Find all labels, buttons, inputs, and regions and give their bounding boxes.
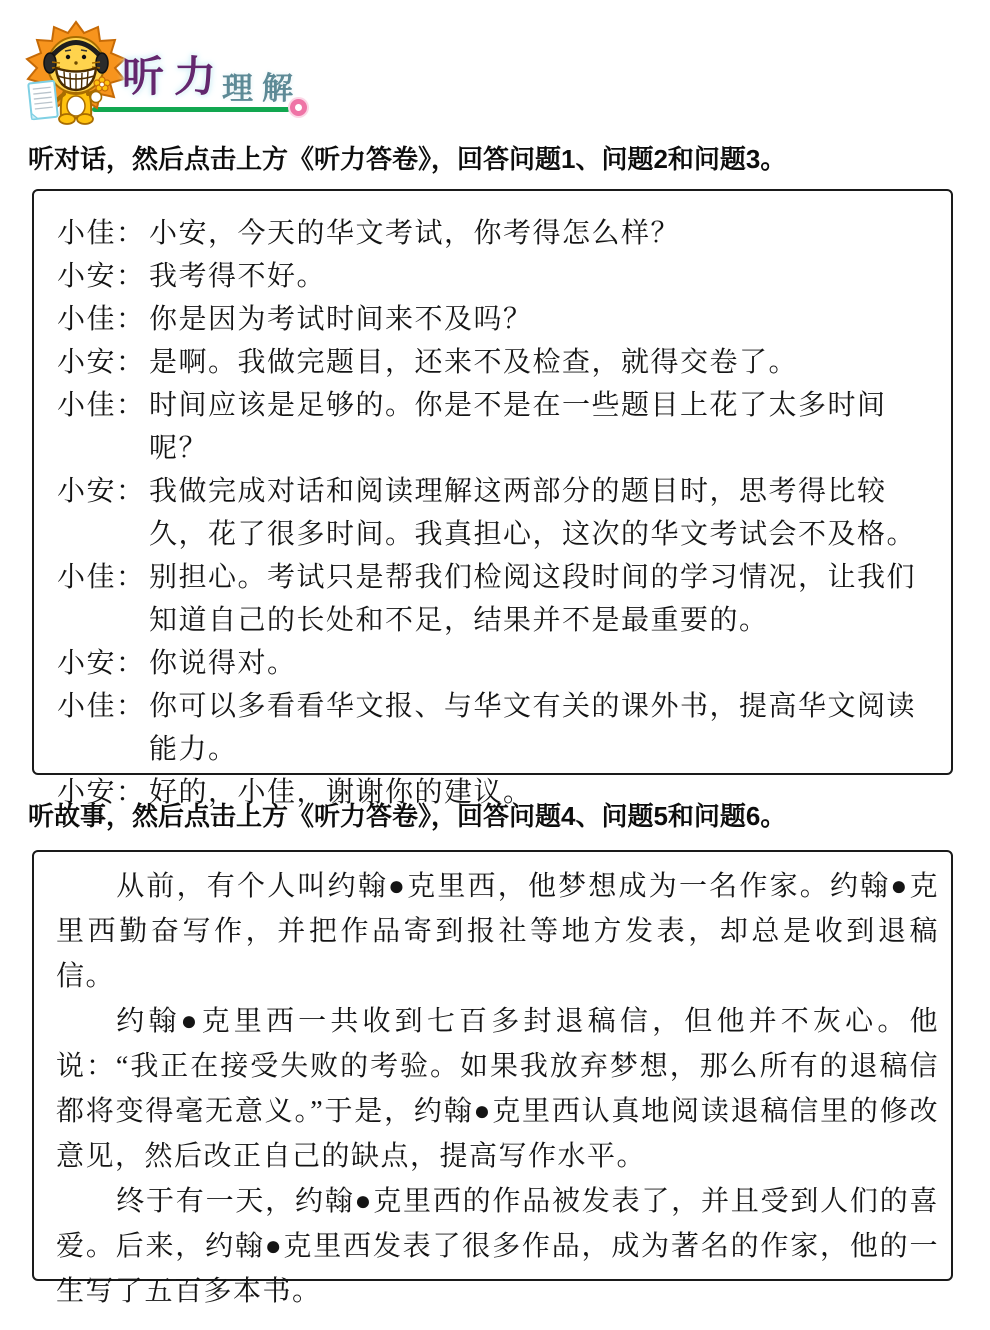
dialogue-row: 小安：我考得不好。 [57, 255, 943, 298]
dialogue-row: 小佳：你可以多看看华文报、与华文有关的课外书，提高华文阅读能力。 [57, 685, 943, 771]
speaker-label: 小安： [57, 642, 149, 685]
page-title-sub: 理解 [222, 74, 302, 105]
dialogue-text: 你是因为考试时间来不及吗？ [149, 298, 943, 341]
listening-comprehension-page: 听力 理解 听对话，然后点击上方《听力答卷》，回答问题1、问题2和问题3。 小佳… [0, 0, 990, 1330]
dialogue-text: 你可以多看看华文报、与华文有关的课外书，提高华文阅读能力。 [149, 685, 943, 771]
speaker-label: 小佳： [57, 556, 149, 599]
story-panel: 从前，有个人叫约翰●克里西，他梦想成为一名作家。约翰●克里西勤奋写作，并把作品寄… [32, 850, 953, 1281]
speaker-label: 小安： [57, 255, 149, 298]
dialogue-text: 你说得对。 [149, 642, 943, 685]
story-paragraphs: 从前，有个人叫约翰●克里西，他梦想成为一名作家。约翰●克里西勤奋写作，并把作品寄… [56, 864, 939, 1314]
page-title-main: 听力 [122, 56, 226, 98]
dialogue-text: 时间应该是足够的。你是不是在一些题目上花了太多时间呢？ [149, 384, 943, 470]
sun-lion-headphones-mascot-icon [24, 20, 128, 126]
speaker-label: 小佳： [57, 212, 149, 255]
dialogue-row: 小佳：时间应该是足够的。你是不是在一些题目上花了太多时间呢？ [57, 384, 943, 470]
speaker-label: 小佳： [57, 384, 149, 427]
story-paragraph: 终于有一天，约翰●克里西的作品被发表了，并且受到人们的喜爱。后来，约翰●克里西发… [56, 1179, 939, 1314]
story-paragraph: 约翰●克里西一共收到七百多封退稿信，但他并不灰心。他说：“我正在接受失败的考验。… [56, 999, 939, 1179]
dialogue-panel: 小佳：小安，今天的华文考试，你考得怎么样？小安：我考得不好。小佳：你是因为考试时… [32, 189, 953, 775]
dialogue-list: 小佳：小安，今天的华文考试，你考得怎么样？小安：我考得不好。小佳：你是因为考试时… [57, 212, 943, 814]
dialogue-row: 小佳：别担心。考试只是帮我们检阅这段时间的学习情况，让我们知道自己的长处和不足，… [57, 556, 943, 642]
dialogue-text: 我考得不好。 [149, 255, 943, 298]
dialogue-text: 我做完成对话和阅读理解这两部分的题目时，思考得比较久，花了很多时间。我真担心，这… [149, 470, 943, 556]
dialogue-row: 小佳：小安，今天的华文考试，你考得怎么样？ [57, 212, 943, 255]
dialogue-row: 小佳：你是因为考试时间来不及吗？ [57, 298, 943, 341]
speaker-label: 小佳： [57, 298, 149, 341]
page-header: 听力 理解 [0, 0, 990, 128]
dialogue-text: 别担心。考试只是帮我们检阅这段时间的学习情况，让我们知道自己的长处和不足，结果并… [149, 556, 943, 642]
dialogue-row: 小安：你说得对。 [57, 642, 943, 685]
instruction-dialogue: 听对话，然后点击上方《听力答卷》，回答问题1、问题2和问题3。 [28, 141, 960, 177]
speaker-label: 小安： [57, 470, 149, 513]
story-paragraph: 从前，有个人叫约翰●克里西，他梦想成为一名作家。约翰●克里西勤奋写作，并把作品寄… [56, 864, 939, 999]
speaker-label: 小安： [57, 341, 149, 384]
speaker-label: 小佳： [57, 685, 149, 728]
dialogue-text: 是啊。我做完题目，还来不及检查，就得交卷了。 [149, 341, 943, 384]
dialogue-text: 小安，今天的华文考试，你考得怎么样？ [149, 212, 943, 255]
dialogue-row: 小安：是啊。我做完题目，还来不及检查，就得交卷了。 [57, 341, 943, 384]
dialogue-row: 小安：我做完成对话和阅读理解这两部分的题目时，思考得比较久，花了很多时间。我真担… [57, 470, 943, 556]
